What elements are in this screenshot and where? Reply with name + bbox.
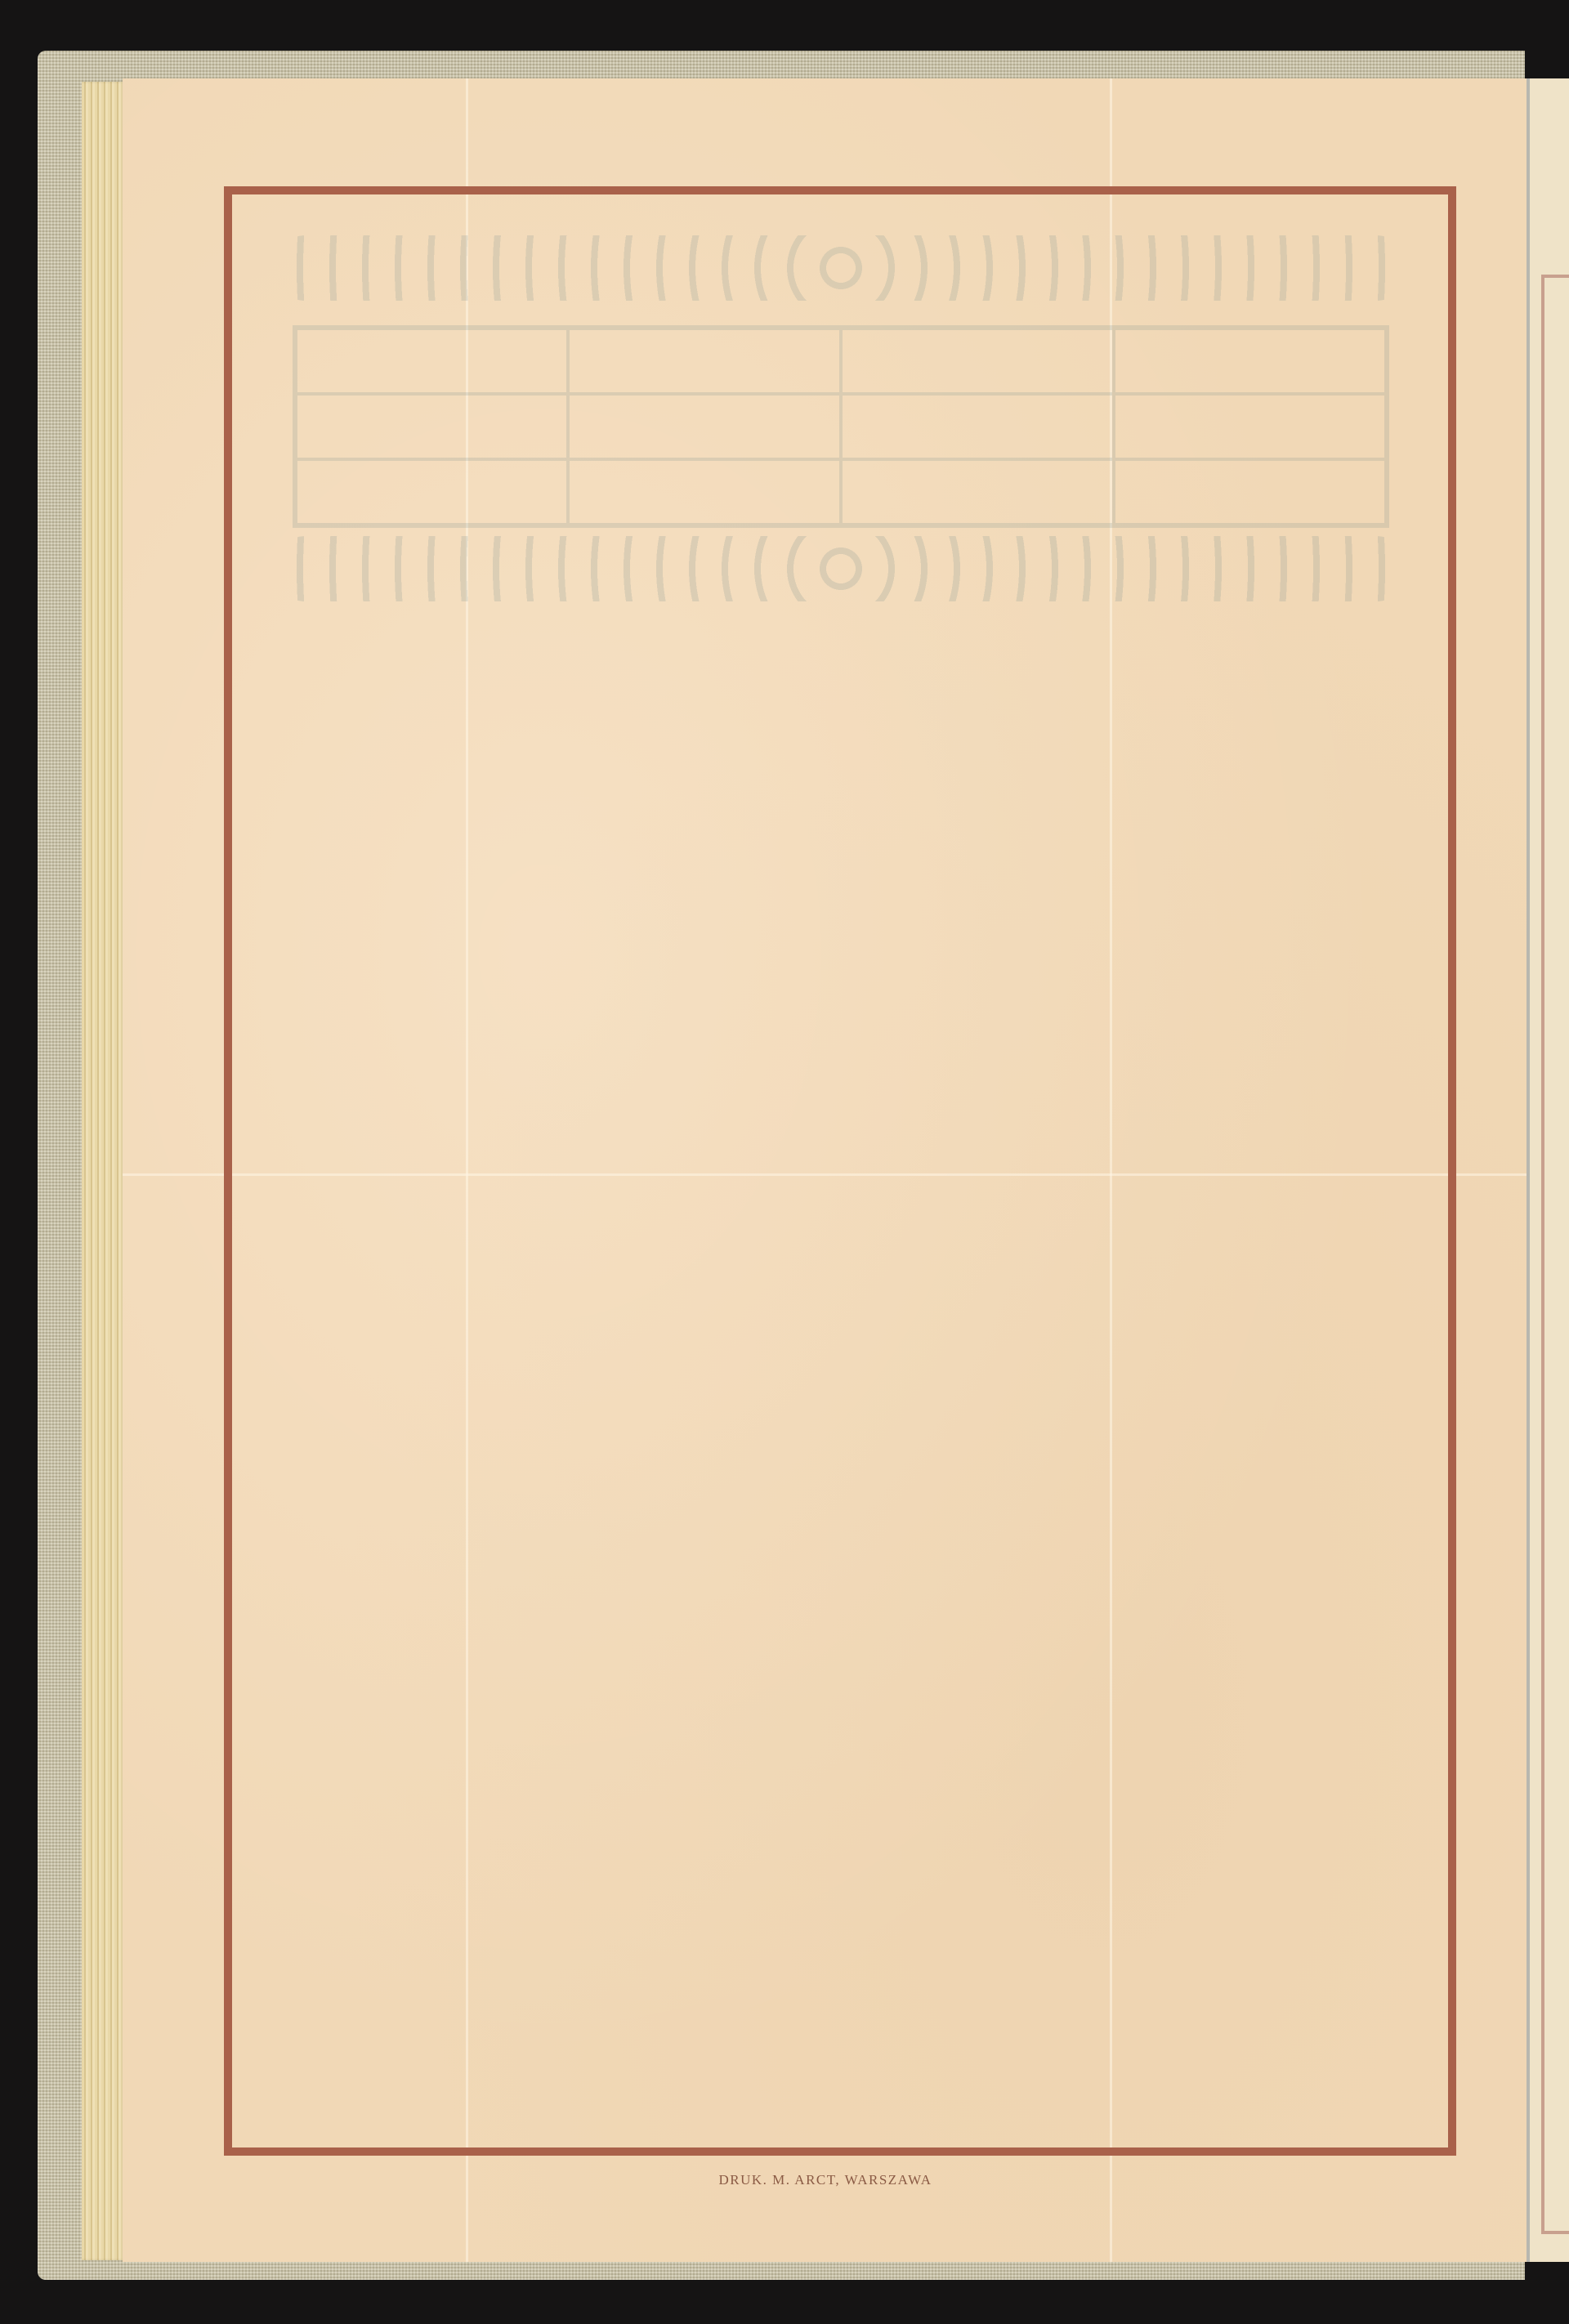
decorative-frame: [224, 186, 1456, 2156]
facing-page-edge: [1527, 78, 1569, 2262]
ornament-band-top: [273, 235, 1409, 301]
book-page: DRUK. M. ARCT, WARSZAWA: [123, 78, 1528, 2262]
bleed-through-text: [273, 227, 1409, 995]
ornament-band-bottom: [273, 536, 1409, 601]
printer-imprint: DRUK. M. ARCT, WARSZAWA: [123, 2172, 1528, 2188]
facing-page-frame-fragment: [1541, 275, 1569, 2234]
page-edges: [82, 82, 124, 2260]
bleed-through-table: [293, 325, 1389, 528]
